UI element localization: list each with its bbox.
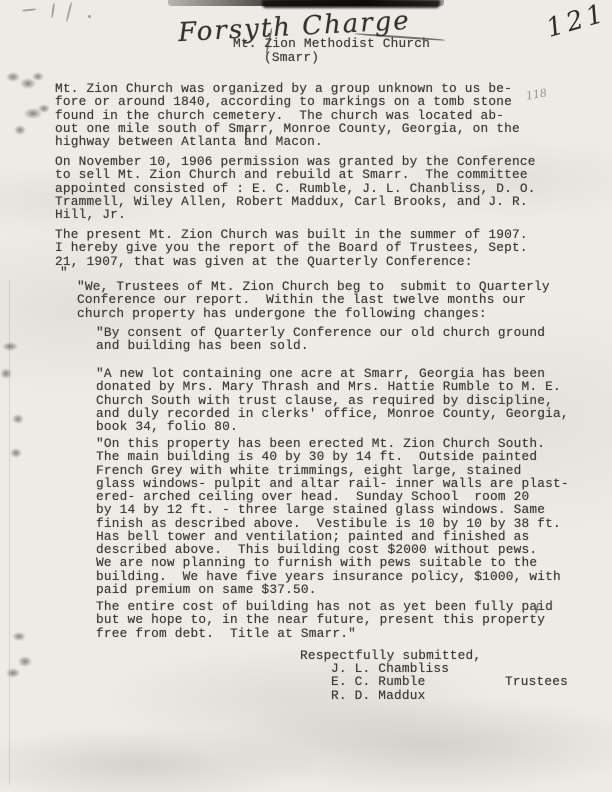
paragraph-organized: Mt. Zion Church was organized by a group… (55, 82, 520, 148)
signature-role: Trustees (505, 675, 568, 688)
handwritten-margin-number: 118 (525, 86, 548, 102)
scan-edge-artifact (262, 0, 440, 8)
document-subtitle: (Smarr) (264, 51, 319, 64)
ink-smudge (6, 668, 20, 678)
paragraph-consent: "By consent of Quarterly Conference our … (96, 326, 545, 353)
pencil-mark (66, 2, 73, 22)
handwritten-page-number: 121 (543, 0, 611, 44)
paragraph-permission: On November 10, 1906 permission was gran… (55, 155, 536, 221)
ink-smudge (2, 342, 18, 351)
ink-smudge (32, 72, 44, 81)
ink-smudge (12, 414, 24, 424)
paragraph-trustees: "We, Trustees of Mt. Zion Church beg to … (77, 280, 550, 320)
document-title: Mt. Zion Methodist Church (233, 37, 430, 50)
paragraph-new-lot: "A new lot containing one acre at Smarr,… (96, 367, 569, 433)
ink-smudge (10, 448, 22, 458)
ink-smudge (12, 632, 26, 641)
paragraph-present: The present Mt. Zion Church was built in… (55, 228, 528, 268)
pencil-mark (22, 8, 36, 11)
ink-smudge (14, 125, 26, 135)
pencil-mark (88, 15, 91, 18)
signature-names: J. L. Chambliss E. C. Rumble R. D. Maddu… (331, 662, 449, 702)
paragraph-erected: "On this property has been erected Mt. Z… (96, 437, 569, 596)
ink-smudge (38, 104, 50, 113)
document-page: Forsyth Charge 121 118 Mt. Zion Methodis… (0, 0, 612, 792)
ink-smudge (6, 72, 20, 82)
stray-quote-mark: " (60, 266, 68, 279)
ink-smudge (18, 656, 32, 667)
paragraph-entire-cost: The entire cost of building has not as y… (96, 600, 553, 640)
ink-smudge (0, 368, 12, 379)
paper-crease-line (9, 280, 10, 785)
pencil-mark (51, 3, 55, 18)
